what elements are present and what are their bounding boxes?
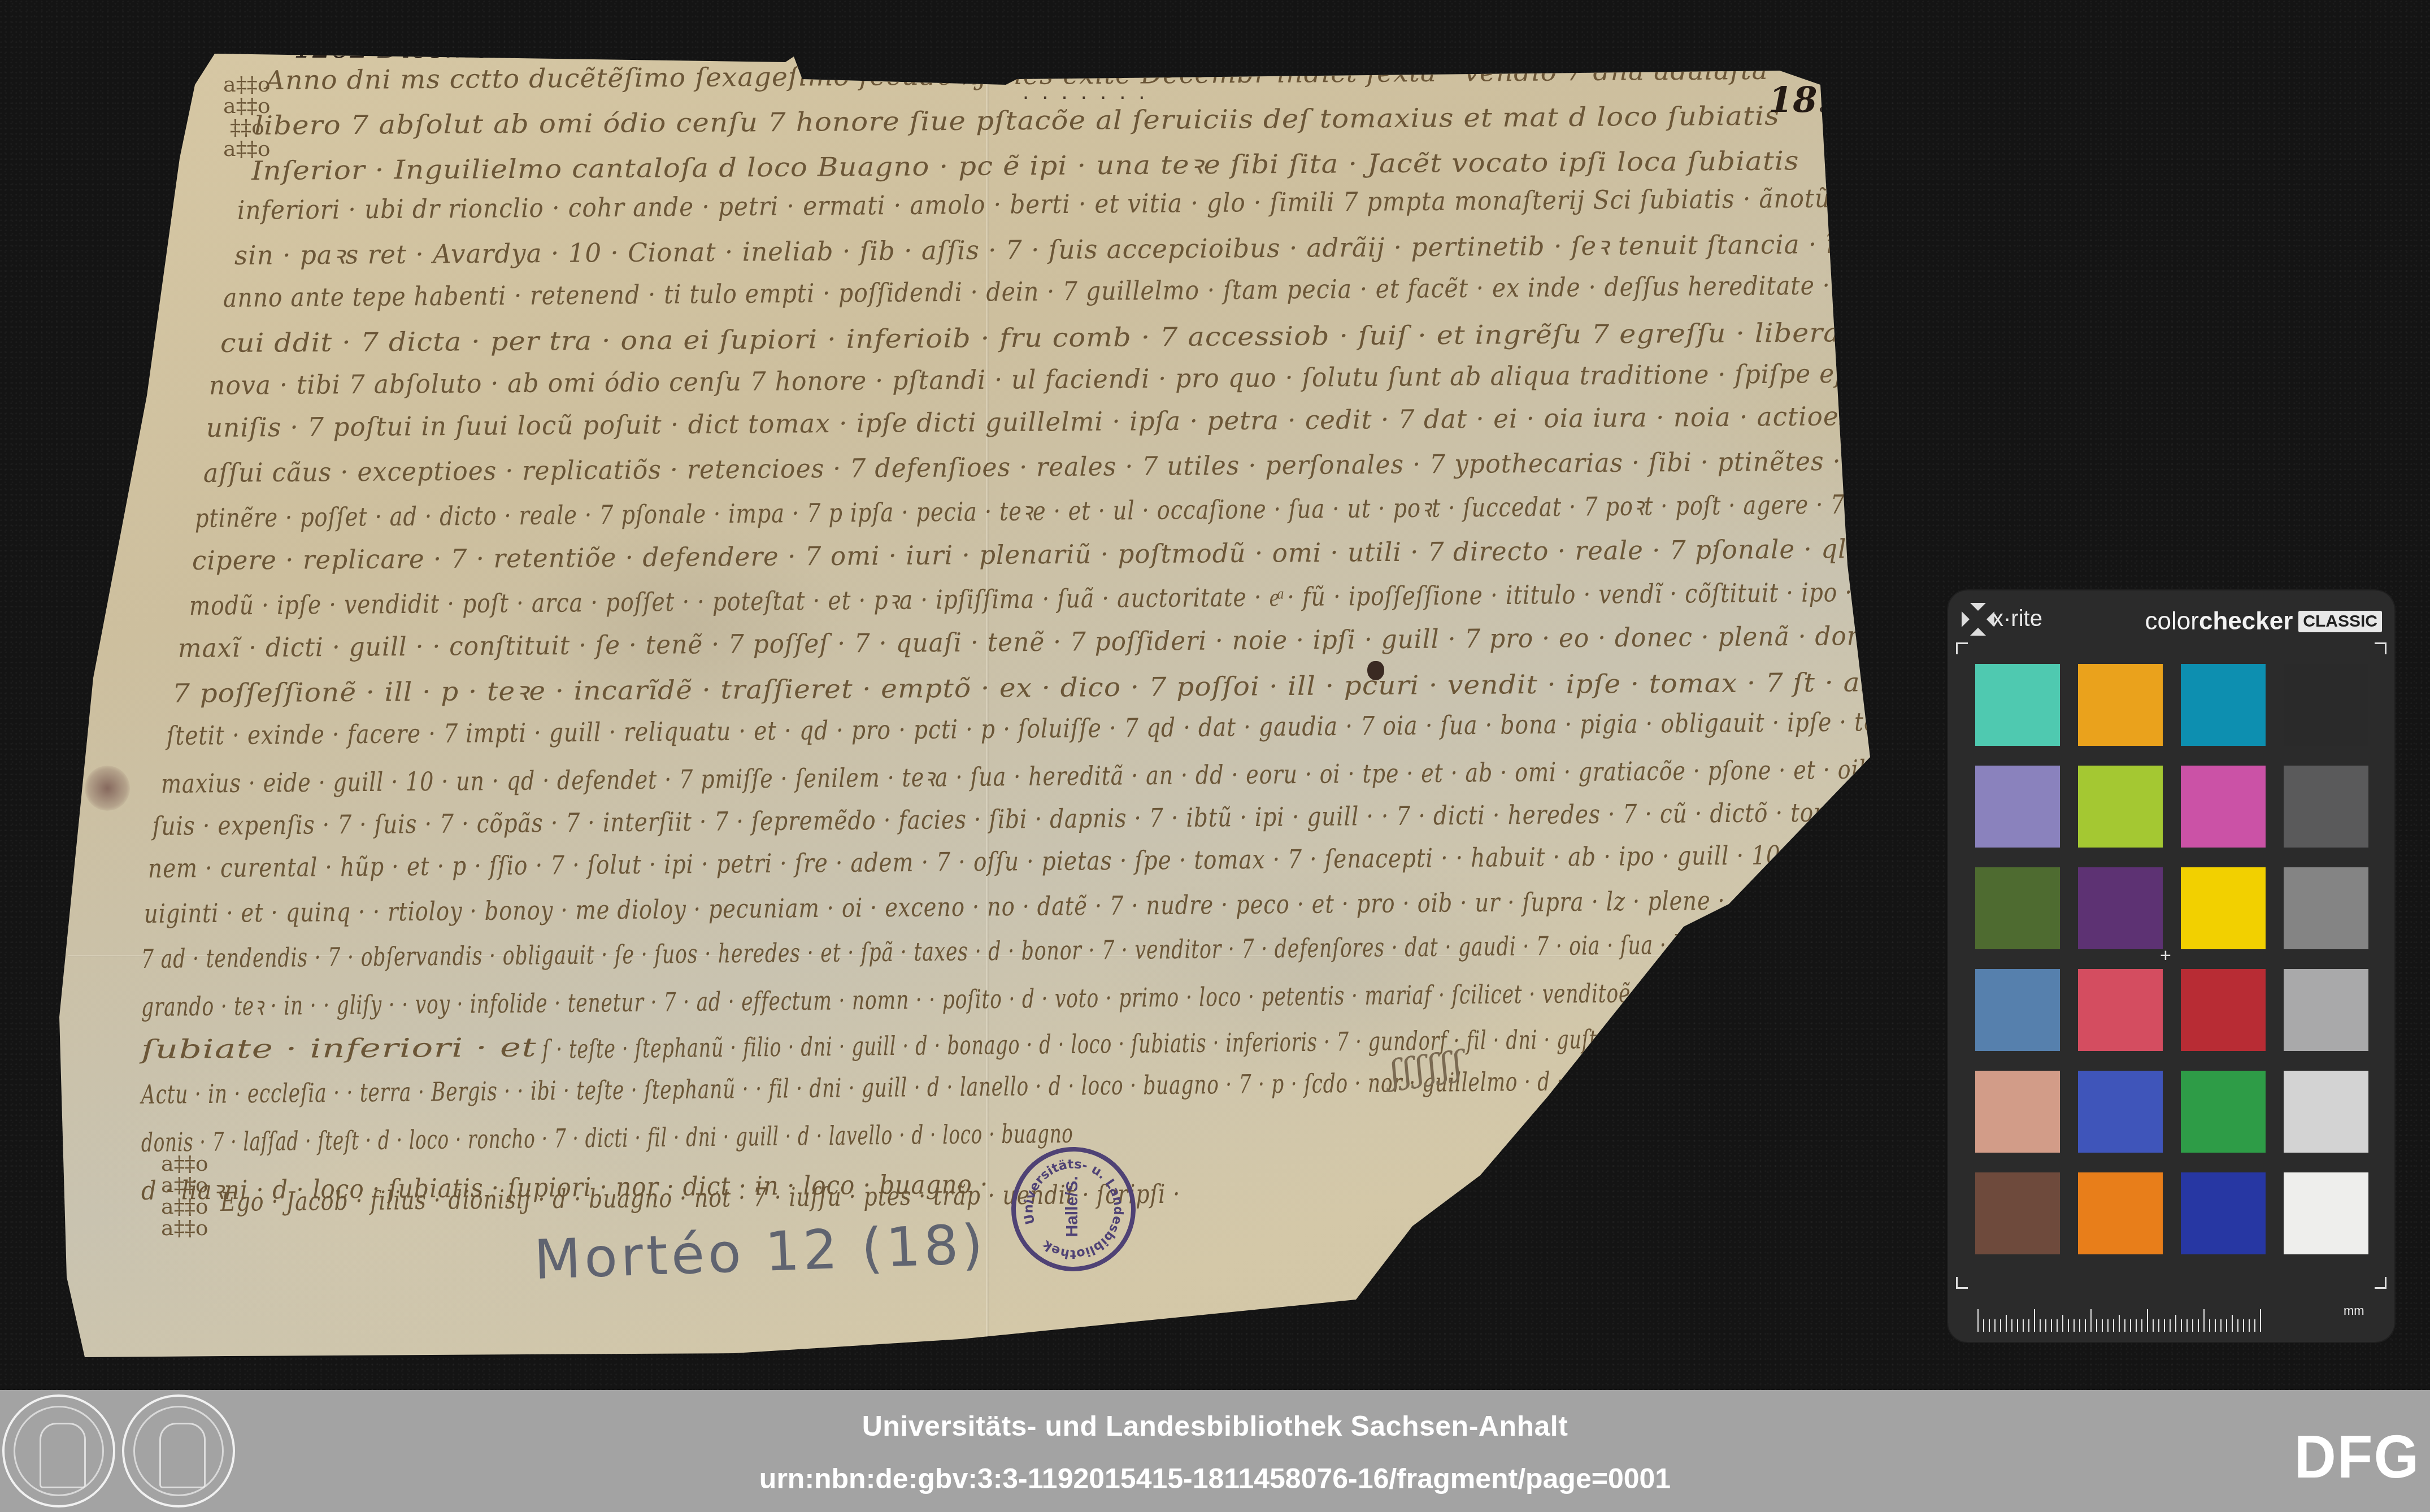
color-swatch-grid xyxy=(1975,664,2368,1254)
manuscript-line: ſuis · expenſis · 7 · ſuis · 7 · cõpãs ·… xyxy=(153,797,1870,841)
ruler-tick xyxy=(2000,1319,2001,1332)
swatch-neutral-8 xyxy=(2284,1071,2368,1153)
swatch-green xyxy=(2181,1071,2266,1153)
swatch-blue xyxy=(2181,1172,2266,1254)
swatch-foliage xyxy=(1975,867,2060,949)
corner-mark-icon xyxy=(1956,1277,1968,1289)
ruler-tick xyxy=(1994,1319,1996,1332)
ruler-tick xyxy=(2249,1319,2250,1332)
manuscript-line: 7 ad · tendendis · 7 · obſervandis · obl… xyxy=(141,928,1854,974)
library-footer: Universitäts- und Landesbibliothek Sachs… xyxy=(0,1390,2430,1512)
urn-identifier: urn:nbn:de:gbv:3:3-1192015415-1811458076… xyxy=(0,1462,2430,1495)
corner-mark-icon xyxy=(1956,642,1968,654)
ruler-tick xyxy=(2034,1309,2035,1332)
ruler-tick xyxy=(2215,1319,2216,1332)
manuscript-line: sin · paꝛs ret · Avardya · 10 · Cionat ·… xyxy=(234,226,1850,272)
swatch-neutral-5 xyxy=(2284,867,2368,949)
manuscript-line: modũ · ipſe · vendidit · poſt · arca · p… xyxy=(189,574,1884,623)
ruler-tick xyxy=(2192,1319,2193,1332)
folio-number: 18. xyxy=(1768,79,1829,120)
ruler-tick xyxy=(2153,1319,2154,1332)
notary-sign-bottom: a‡‡o a‡‡o a‡‡o a‡‡o xyxy=(161,1153,208,1239)
title-light: color xyxy=(2145,607,2199,636)
manuscript-line: ptinẽre · poſſet · ad · dicto · reale · … xyxy=(195,486,1879,535)
corner-mark-icon xyxy=(2375,642,2386,654)
manuscript-line: ſ · teſte · ſtephanũ · filio · dni · gui… xyxy=(542,1023,1672,1065)
xrite-brand: x·rite xyxy=(1970,606,2042,632)
swatch-blue-flower xyxy=(1975,766,2060,848)
ruler-tick xyxy=(2147,1309,2148,1332)
classic-badge: CLASSIC xyxy=(2298,611,2382,632)
ruler-tick xyxy=(2062,1315,2063,1332)
swatch-blue-sky xyxy=(1975,969,2060,1051)
swatch-yellow xyxy=(2181,867,2266,949)
color-checker-card: x·rite color checker CLASSIC + mm xyxy=(1948,590,2394,1342)
library-stamp: Universitäts- u. Landesbibliothek Halle/… xyxy=(994,1129,1153,1289)
ruler-tick xyxy=(2170,1319,2171,1332)
ruler-tick xyxy=(2260,1309,2261,1332)
swatch-orange xyxy=(2078,1172,2163,1254)
ruler-tick xyxy=(2209,1319,2210,1332)
ruler-unit-label: mm xyxy=(2344,1304,2364,1318)
ruler-tick xyxy=(2198,1319,2199,1332)
swatch-dark-skin xyxy=(1975,1172,2060,1254)
dfg-logo: DFG xyxy=(2294,1421,2420,1492)
manuscript-line: donis · 7 · laſſad · ſteſt · d · loco · … xyxy=(141,1118,1073,1158)
ruler-tick xyxy=(2175,1315,2176,1332)
stain-mark xyxy=(85,766,130,811)
ruler-tick xyxy=(2237,1319,2238,1332)
manuscript-line: cui ddit · 7 dicta · per tra · ona ei ſu… xyxy=(220,317,1870,358)
ruler-tick xyxy=(2096,1319,2097,1332)
notary-sign-top: a‡‡o a‡‡o ‡‡o a‡‡o xyxy=(223,73,271,159)
manuscript-line: 7 poſſeſſionẽ · ill · p · teꝛe · incarĩd… xyxy=(172,664,1879,710)
stamp-center-label: Halle/S. xyxy=(1063,1149,1082,1264)
swatch-magenta xyxy=(2181,766,2266,848)
ruler-tick xyxy=(2254,1319,2255,1332)
ruler-tick xyxy=(2124,1319,2125,1332)
manuscript-line: cipere · replicare · 7 · retentiõe · def… xyxy=(192,533,1888,576)
swatch-black xyxy=(2284,664,2368,746)
manuscript-line: maxĩ · dicti · guill · · conſtituit · ſe… xyxy=(178,620,1879,663)
shelfmark-pencil-note: Mortéo 12 (18) xyxy=(533,1213,987,1292)
ruler-tick xyxy=(2113,1319,2114,1332)
swatch-bluish-green xyxy=(1975,664,2060,746)
ruler-tick xyxy=(2023,1319,2024,1332)
ruler-tick xyxy=(2130,1319,2131,1332)
ruler-tick xyxy=(2158,1319,2159,1332)
ruler-tick xyxy=(2181,1319,2182,1332)
ruler-tick xyxy=(2028,1319,2029,1332)
ruler-tick xyxy=(2045,1319,2046,1332)
manuscript-line: anno ante tepe habenti · retenend · ti t… xyxy=(223,270,1862,313)
xrite-logo-icon xyxy=(1970,611,1986,628)
scan-background: Anno dni ms cctto ducẽtẽſimo ſexageſimo … xyxy=(0,0,2430,1390)
swatch-neutral-6-5 xyxy=(2284,969,2368,1051)
manuscript-line: nem · curental · hũp · et · p · ſſio · 7… xyxy=(148,839,1866,884)
ruler-tick xyxy=(1977,1309,1979,1332)
ruler-tick xyxy=(2107,1319,2109,1332)
ruler-tick xyxy=(2164,1319,2165,1332)
ruler-tick xyxy=(2226,1319,2227,1332)
ruler-tick xyxy=(2011,1319,2012,1332)
manuscript-line: grando · teꝛ · in · · gliſy · · voy · in… xyxy=(141,974,1779,1024)
xrite-brand-label: x·rite xyxy=(1992,606,2042,632)
title-bold: checker xyxy=(2199,607,2293,636)
manuscript-line: ſtetit · exinde · facere · 7 impti · gui… xyxy=(167,706,1878,751)
ruler-tick xyxy=(2119,1315,2120,1332)
swatch-red xyxy=(2181,969,2266,1051)
manuscript-line: maxius · eide · guill · 10 · un · qd · d… xyxy=(161,751,1873,801)
ruler-tick xyxy=(2243,1319,2244,1332)
ruler-tick xyxy=(2090,1309,2092,1332)
ruler-tick xyxy=(2232,1315,2233,1332)
corner-mark-icon xyxy=(2375,1277,2386,1289)
ruler-tick xyxy=(2068,1319,2069,1332)
ruler-tick xyxy=(2017,1319,2018,1332)
swatch-neutral-3-5 xyxy=(2284,766,2368,848)
swatch-white xyxy=(2284,1172,2368,1254)
ruler-tick xyxy=(2186,1319,2188,1332)
ruler-tick xyxy=(2085,1319,2086,1332)
manuscript-line: aſſui cãus · exceptioes · replicatiõs · … xyxy=(203,445,1876,488)
swatch-purplish-blue xyxy=(2078,1071,2163,1153)
swatch-moderate-red xyxy=(2078,969,2163,1051)
top-dots: . . . . . . . xyxy=(1023,79,1148,105)
swatch-purple xyxy=(2078,867,2163,949)
manuscript-line: Inſerior · Inguilielmo cantaloſa d loco … xyxy=(251,142,1799,188)
ruler-tick xyxy=(1983,1319,1984,1332)
manuscript-line: uiginti · et · quinq · · rtioloy · bonoy… xyxy=(144,884,1868,929)
swatch-cyan xyxy=(2181,664,2266,746)
manuscript-line: ſubiate · inferiori · et xyxy=(141,1032,537,1065)
ruler-tick xyxy=(2220,1319,2222,1332)
swatch-orange-yellow xyxy=(2078,664,2163,746)
date-annotation: 1262 Dicembre. xyxy=(294,31,532,65)
manuscript-line: uniſis · 7 poſtui in ſuui locũ poſuit · … xyxy=(206,401,1878,443)
manuscript-line: inferiori · ubi dr rionclio · cohr ande … xyxy=(237,183,1831,225)
ruler-tick xyxy=(2136,1319,2137,1332)
ruler-tick xyxy=(2141,1319,2142,1332)
swatch-light-skin xyxy=(1975,1071,2060,1153)
ruler-tick xyxy=(2079,1319,2080,1332)
ruler-tick xyxy=(2102,1319,2103,1332)
ruler-tick xyxy=(2051,1319,2052,1332)
swatch-yellow-green xyxy=(2078,766,2163,848)
manuscript-line: nova · tibi 7 abſoluto · ab omi ódio cen… xyxy=(209,358,1870,401)
ruler-tick xyxy=(2073,1319,2075,1332)
ruler-tick xyxy=(2203,1309,2205,1332)
ruler-tick xyxy=(2006,1315,2007,1332)
institution-name: Universitäts- und Landesbibliothek Sachs… xyxy=(0,1410,2430,1443)
crosshair-icon: + xyxy=(2160,945,2171,967)
mm-ruler xyxy=(1977,1308,2339,1332)
manuscript-line: libero 7 abſolut ab omi ódio cenſu 7 hon… xyxy=(254,101,1780,141)
colorchecker-title: color checker CLASSIC xyxy=(2145,607,2382,636)
ruler-tick xyxy=(2040,1319,2041,1332)
ruler-tick xyxy=(1989,1319,1990,1332)
ruler-tick xyxy=(2057,1319,2058,1332)
